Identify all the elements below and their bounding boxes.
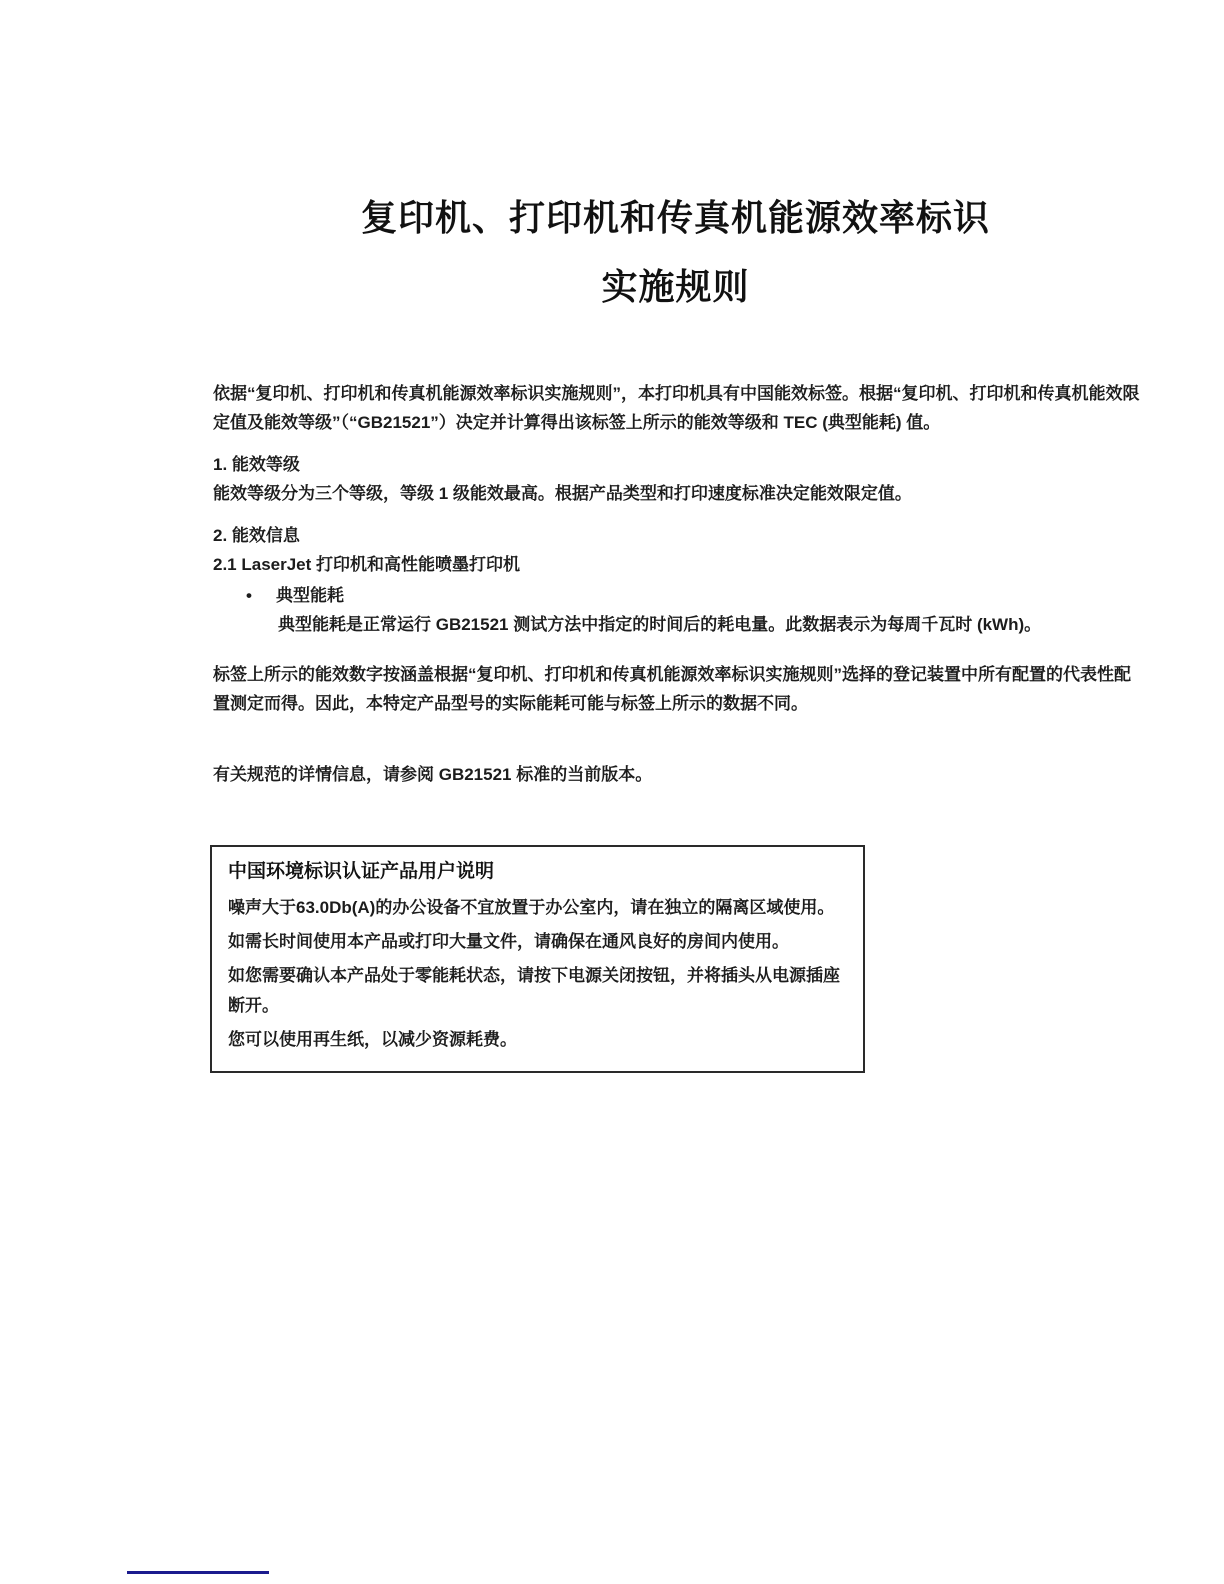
bullet-item: • 典型能耗: [213, 581, 1141, 610]
footer-accent-line: [127, 1571, 269, 1574]
notice-line-recycled-paper: 您可以使用再生纸，以减少资源耗费。: [228, 1025, 847, 1055]
document-page: 复印机、打印机和传真机能源效率标识 实施规则 依据“复印机、打印机和传真机能源效…: [0, 0, 1224, 1584]
spec-reference-paragraph: 有关规范的详情信息，请参阅 GB21521 标准的当前版本。: [213, 760, 1141, 789]
intro-paragraph: 依据“复印机、打印机和传真机能源效率标识实施规则”，本打印机具有中国能效标签。根…: [213, 379, 1141, 437]
document-body: 依据“复印机、打印机和传真机能源效率标识实施规则”，本打印机具有中国能效标签。根…: [213, 379, 1141, 789]
section-1-body: 能效等级分为三个等级，等级 1 级能效最高。根据产品类型和打印速度标准决定能效限…: [213, 479, 1141, 508]
china-eco-label-notice-box: 中国环境标识认证产品用户说明 噪声大于63.0Db(A)的办公设备不宜放置于办公…: [210, 845, 865, 1073]
bullet-icon: •: [213, 581, 276, 610]
bullet-label: 典型能耗: [276, 581, 344, 610]
title-line-2: 实施规则: [213, 265, 1138, 309]
notice-line-noise: 噪声大于63.0Db(A)的办公设备不宜放置于办公室内，请在独立的隔离区域使用。: [228, 893, 847, 923]
notice-box-heading: 中国环境标识认证产品用户说明: [228, 857, 847, 887]
label-measurement-paragraph: 标签上所示的能效数字按涵盖根据“复印机、打印机和传真机能源效率标识实施规则”选择…: [213, 660, 1141, 718]
notice-line-zero-power: 如您需要确认本产品处于零能耗状态，请按下电源关闭按钮，并将插头从电源插座断开。: [228, 961, 847, 1021]
document-title: 复印机、打印机和传真机能源效率标识 实施规则: [213, 196, 1138, 309]
section-2-1-subheading: 2.1 LaserJet 打印机和高性能喷墨打印机: [213, 550, 1141, 579]
section-1-heading: 1. 能效等级: [213, 450, 1141, 479]
title-line-1: 复印机、打印机和传真机能源效率标识: [213, 196, 1138, 240]
bullet-body-text: 典型能耗是正常运行 GB21521 测试方法中指定的时间后的耗电量。此数据表示为…: [213, 610, 1141, 639]
notice-line-ventilation: 如需长时间使用本产品或打印大量文件，请确保在通风良好的房间内使用。: [228, 927, 847, 957]
section-2-heading: 2. 能效信息: [213, 521, 1141, 550]
